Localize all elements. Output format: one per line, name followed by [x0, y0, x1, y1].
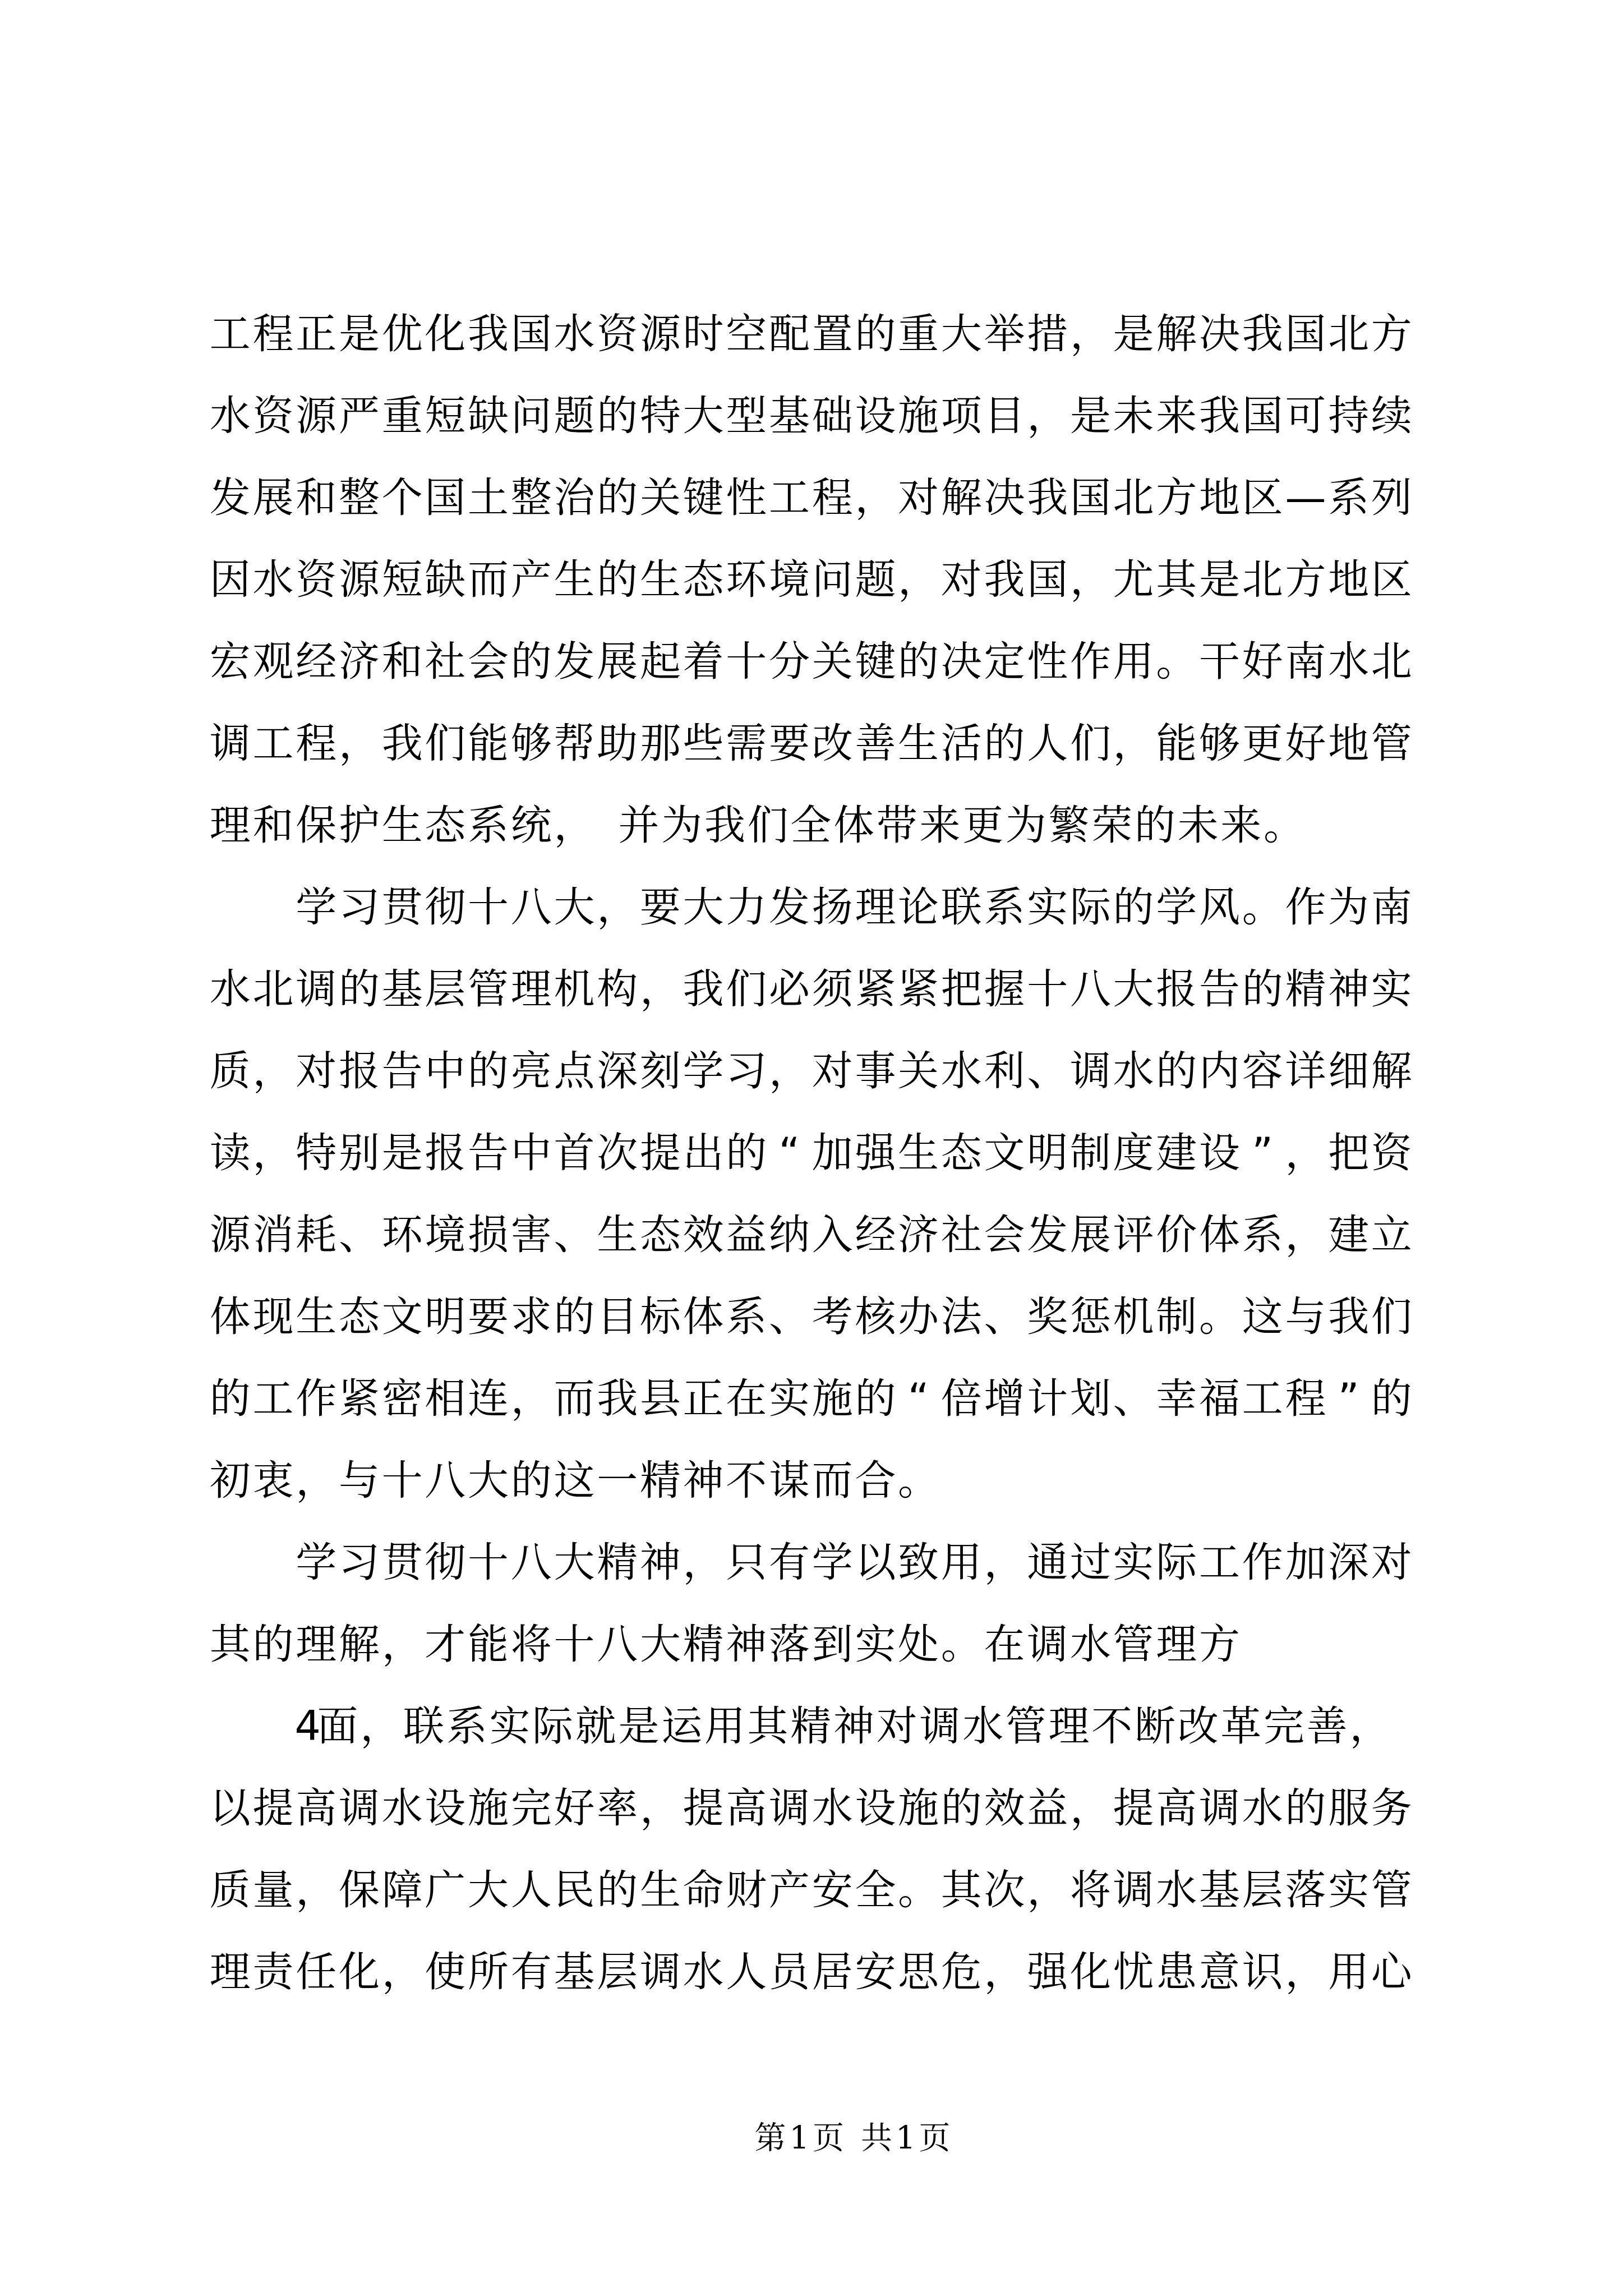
text-line: 读，特别是报告中首次提出的“加强生态文明制度建设”，把资	[209, 1112, 1413, 1194]
text-line: 水北调的基层管理机构，我们必须紧紧把握十八大报告的精神实	[209, 949, 1413, 1030]
text-line: 体现生态文明要求的目标体系、考核办法、奖惩机制。这与我们	[209, 1276, 1413, 1358]
text-line: 调工程，我们能够帮助那些需要改善生活的人们，能够更好地管	[209, 703, 1413, 785]
text-line: 理责任化，使所有基层调水人员居安思危，强化忧患意识，用心	[209, 1931, 1413, 2013]
text-line: 学习贯彻十八大，要大力发扬理论联系实际的学风。作为南	[209, 867, 1413, 949]
document-body: 工程正是优化我国水资源时空配置的重大举措，是解决我国北方水资源严重短缺问题的特大…	[209, 293, 1413, 2013]
page-number-indicator: 第1页 共1页	[754, 2120, 953, 2156]
text-line: 的工作紧密相连，而我县正在实施的“倍增计划、幸福工程”的	[209, 1358, 1413, 1440]
text-line: 初衷，与十八大的这一精神不谋而合。	[209, 1440, 1413, 1522]
text-line: 质，对报告中的亮点深刻学习，对事关水利、调水的内容详细解	[209, 1030, 1413, 1112]
text-line: 宏观经济和社会的发展起着十分关键的决定性作用。干好南水北	[209, 621, 1413, 703]
text-line: 以提高调水设施完好率，提高调水设施的效益，提高调水的服务	[209, 1768, 1413, 1849]
text-line: 质量，保障广大人民的生命财产安全。其次，将调水基层落实管	[209, 1849, 1413, 1931]
text-line: 因水资源短缺而产生的生态环境问题，对我国，尤其是北方地区	[209, 539, 1413, 621]
text-line: 水资源严重短缺问题的特大型基础设施项目，是未来我国可持续	[209, 375, 1413, 457]
text-line: 理和保护生态系统， 并为我们全体带来更为繁荣的未来。	[209, 785, 1413, 867]
text-line: 4面，联系实际就是运用其精神对调水管理不断改革完善，	[209, 1686, 1413, 1768]
document-page: 工程正是优化我国水资源时空配置的重大举措，是解决我国北方水资源严重短缺问题的特大…	[0, 0, 1623, 2296]
text-line: 其的理解，才能将十八大精神落到实处。在调水管理方	[209, 1604, 1413, 1686]
text-line: 工程正是优化我国水资源时空配置的重大举措，是解决我国北方	[209, 293, 1413, 375]
page-footer: 第1页 共1页	[43, 2113, 1623, 2164]
text-line: 发展和整个国土整治的关键性工程，对解决我国北方地区—系列	[209, 457, 1413, 539]
text-line: 学习贯彻十八大精神，只有学以致用，通过实际工作加深对	[209, 1522, 1413, 1604]
text-line: 源消耗、环境损害、生态效益纳入经济社会发展评价体系，建立	[209, 1194, 1413, 1276]
